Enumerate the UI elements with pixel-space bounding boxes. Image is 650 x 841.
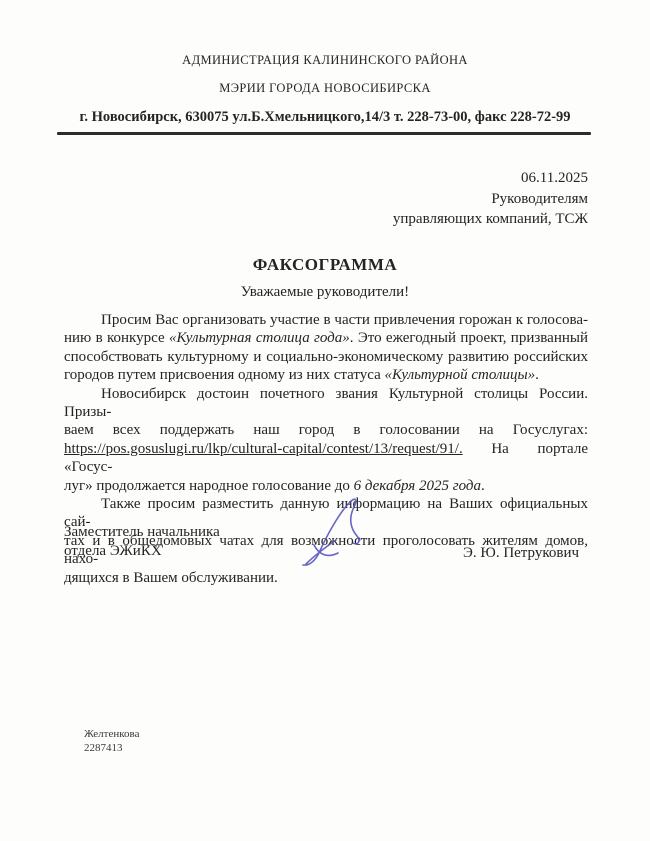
signoff-position-line1: Заместитель начальника [64,523,220,542]
body-line: Новосибирск достоин почетного звания Кул… [64,385,588,422]
document-title: ФАКСОГРАММА [0,255,650,275]
executor-name: Желтенкова [84,728,139,742]
body-text-segment: . Это ежегодный проект, призванный [350,330,588,346]
body-text-segment: городов путем присвоения одному из них с… [64,367,385,383]
body-text-segment: ваем всех поддержать наш город в голосов… [64,422,588,438]
body-text-segment: нию в конкурсе [64,330,169,346]
header-address-line: г. Новосибирск, 630075 ул.Б.Хмельницкого… [0,109,650,126]
body-text-segment: способствовать культурному и социально-э… [64,349,588,365]
meta-block: 06.11.2025 Руководителям управляющих ком… [393,168,588,230]
fax-document-page: АДМИНИСТРАЦИЯ КАЛИНИНСКОГО РАЙОНА МЭРИИ … [0,0,650,841]
body-line: Просим Вас организовать участие в части … [64,311,588,329]
body-text-segment: «Культурной столицы» [385,367,536,383]
executor-phone: 2287413 [84,742,139,756]
body-line: способствовать культурному и социально-э… [64,348,588,366]
voting-url-text: https://pos.gosuslugi.ru/lkp/cultural-ca… [64,441,463,457]
addressee-line1: Руководителям [393,189,588,210]
body-text-segment: . [535,367,539,383]
signoff-block: Заместитель начальника отдела ЭЖиКХ [64,523,220,560]
body-text-segment: Новосибирск достоин почетного звания Кул… [64,386,588,420]
header-org-line2: МЭРИИ ГОРОДА НОВОСИБИРСКА [0,81,650,96]
body-text-segment: дящихся в Вашем обслуживании. [64,570,278,586]
handwritten-signature [293,487,385,573]
body-text-segment: Просим Вас организовать участие в части … [101,312,588,328]
body-line: городов путем присвоения одному из них с… [64,366,588,384]
body-line: https://pos.gosuslugi.ru/lkp/cultural-ca… [64,440,588,477]
body-line: ваем всех поддержать наш город в голосов… [64,421,588,439]
footer-block: Желтенкова 2287413 [84,728,139,755]
body-text-segment: «Культурная столица года» [169,330,350,346]
signoff-position-line2: отдела ЭЖиКХ [64,542,220,561]
body-text-segment: . [481,478,485,494]
salutation: Уважаемые руководители! [0,284,650,301]
document-date: 06.11.2025 [393,168,588,189]
body-line: нию в конкурсе «Культурная столица года»… [64,329,588,347]
addressee-line2: управляющих компаний, ТСЖ [393,209,588,230]
header-org-line1: АДМИНИСТРАЦИЯ КАЛИНИНСКОГО РАЙОНА [0,53,650,68]
signatory-name: Э. Ю. Петрукович [463,545,579,562]
header-divider-rule [57,132,591,135]
